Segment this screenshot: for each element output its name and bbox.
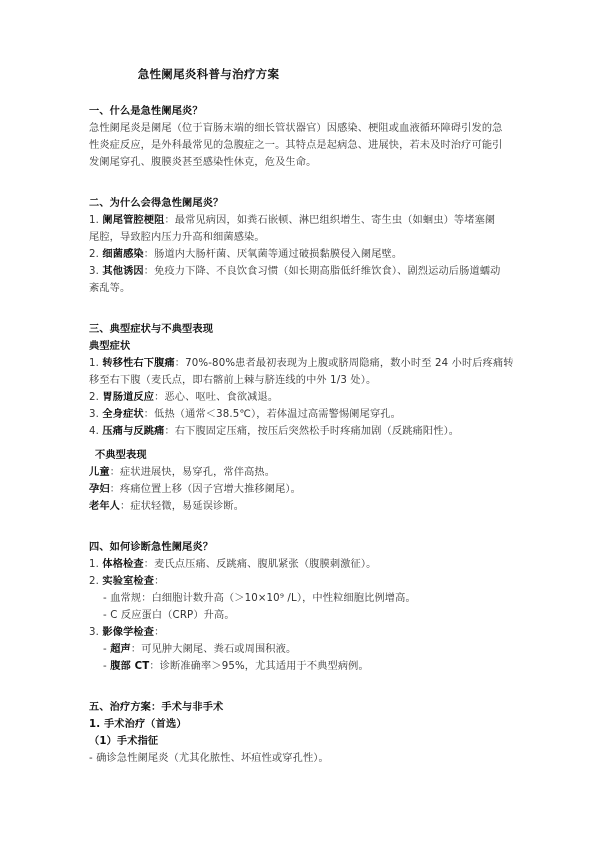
item-text: 最常见病因，如粪石嵌顿、淋巴组织增生、寄生虫（如蛔虫）等堵塞阑 <box>175 215 495 226</box>
item-number: 1. <box>89 215 102 226</box>
list-item-atypical-children: 儿童：症状进展快，易穿孔，常伴高热。 <box>89 465 511 480</box>
item-number: 3. <box>89 266 102 277</box>
list-item-atypical-pregnant: 孕妇：疼痛位置上移（因子宫增大推移阑尾）。 <box>89 482 511 497</box>
item-label: 超声 <box>110 644 131 655</box>
section-heading-causes: 二、为什么会得急性阑尾炎？ <box>89 196 511 211</box>
item-text: 70%-80%患者最初表现为上腹或脐周隐痛，数小时至 24 小时后疼痛转 <box>185 358 514 369</box>
item-label: 老年人 <box>89 501 120 512</box>
list-item-diagnosis-1: 1. 体格检查：麦氏点压痛、反跳痛、腹肌紧张（腹膜刺激征）。 <box>89 557 511 572</box>
item-label: 阑尾管腔梗阻 <box>102 215 164 226</box>
indication-line: - 确诊急性阑尾炎（尤其化脓性、坏疽性或穿孔性）。 <box>89 751 511 766</box>
item-label: 影像学检查 <box>102 627 154 638</box>
item-label: 胃肠道反应 <box>102 392 154 403</box>
item-text: 麦氏点压痛、反跳痛、腹肌紧张（腹膜刺激征）。 <box>154 559 376 570</box>
list-item-diagnosis-3: 3. 影像学检查： <box>89 625 511 640</box>
list-item-symptom-3: 3. 全身症状：低热（通常＜38.5℃），若体温过高需警惕阑尾穿孔。 <box>89 407 511 422</box>
imaging-line-ct: - 腹部 CT：诊断准确率＞95%，尤其适用于不典型病例。 <box>103 659 525 674</box>
item-sep: ： <box>120 501 130 512</box>
item-number: 3. <box>89 409 102 420</box>
item-label: 儿童 <box>89 467 110 478</box>
item-number: 2. <box>89 392 102 403</box>
item-label: 孕妇 <box>89 484 110 495</box>
item-sep: ： <box>144 409 154 420</box>
item-sep: ： <box>144 249 154 260</box>
list-item-continuation: 尾腔，导致腔内压力升高和细菌感染。 <box>89 230 511 245</box>
item-number: 4. <box>89 426 102 437</box>
item-sep: ： <box>144 559 154 570</box>
item-sep: ： <box>131 644 141 655</box>
item-label: 压痛与反跳痛 <box>102 426 164 437</box>
list-item-symptom-4: 4. 压痛与反跳痛：右下腹固定压痛，按压后突然松手时疼痛加剧（反跳痛阳性）。 <box>89 424 511 439</box>
item-sep: ： <box>110 467 120 478</box>
section-heading-symptoms: 三、典型症状与不典型表现 <box>89 322 511 337</box>
item-number: 1. <box>89 559 102 570</box>
section-heading-diagnosis: 四、如何诊断急性阑尾炎？ <box>89 540 511 555</box>
section-heading-what-is: 一、什么是急性阑尾炎？ <box>89 104 511 119</box>
paragraph-line: 发阑尾穿孔、腹膜炎甚至感染性休克，危及生命。 <box>89 155 511 170</box>
item-sep: ： <box>175 358 185 369</box>
list-item-continuation: 移至右下腹（麦氏点，即右髂前上棘与脐连线的中外 1/3 处）。 <box>89 373 511 388</box>
paragraph-line: 急性阑尾炎是阑尾（位于盲肠末端的细长管状器官）因感染、梗阻或血液循环障碍引发的急 <box>89 121 511 136</box>
item-label: 全身症状 <box>102 409 143 420</box>
lab-line-crp: - C 反应蛋白（CRP）升高。 <box>103 608 525 623</box>
subheading-indications: （1）手术指征 <box>89 734 511 749</box>
item-label: 实验室检查 <box>102 576 154 587</box>
item-text: 症状轻微，易延误诊断。 <box>130 501 244 512</box>
item-text: 免疫力下降、不良饮食习惯（如长期高脂低纤维饮食）、剧烈运动后肠道蠕动 <box>154 266 500 277</box>
item-label: 细菌感染 <box>102 249 143 260</box>
item-sep: ： <box>154 576 164 587</box>
item-sep: ： <box>164 215 174 226</box>
item-label: 其他诱因 <box>102 266 143 277</box>
item-label: 体格检查 <box>102 559 143 570</box>
item-sep: ： <box>110 484 120 495</box>
list-item-atypical-elderly: 老年人：症状轻微，易延误诊断。 <box>89 499 511 514</box>
lab-line-blood: - 血常规：白细胞计数升高（＞10×10⁹ /L），中性粒细胞比例增高。 <box>103 591 525 606</box>
subheading-surgery: 1. 手术治疗（首选） <box>89 717 511 732</box>
item-number: 2. <box>89 576 102 587</box>
item-label: 转移性右下腹痛 <box>102 358 174 369</box>
subheading-typical: 典型症状 <box>89 339 511 354</box>
item-number: 3. <box>89 627 102 638</box>
item-text: 恶心、呕吐、食欲减退。 <box>164 392 278 403</box>
item-sep: ： <box>164 426 174 437</box>
list-item-continuation: 紊乱等。 <box>89 281 511 296</box>
item-sep: ： <box>154 392 164 403</box>
item-text: 症状进展快，易穿孔，常伴高热。 <box>120 467 275 478</box>
item-sep: ： <box>154 627 164 638</box>
paragraph-line: 性炎症反应，是外科最常见的急腹症之一。其特点是起病急、进展快，若未及时治疗可能引 <box>89 138 511 153</box>
list-item-symptom-2: 2. 胃肠道反应：恶心、呕吐、食欲减退。 <box>89 390 511 405</box>
item-number: 1. <box>89 358 102 369</box>
item-number: 2. <box>89 249 102 260</box>
imaging-line-ultrasound: - 超声：可见肿大阑尾、粪石或周围积液。 <box>103 642 525 657</box>
item-text: 可见肿大阑尾、粪石或周围积液。 <box>141 644 296 655</box>
section-heading-treatment: 五、治疗方案：手术与非手术 <box>89 700 511 715</box>
item-text: 疼痛位置上移（因子宫增大推移阑尾）。 <box>120 484 301 495</box>
list-item-cause-3: 3. 其他诱因：免疫力下降、不良饮食习惯（如长期高脂低纤维饮食）、剧烈运动后肠道… <box>89 264 511 279</box>
document-title: 急性阑尾炎科普与治疗方案 <box>0 66 506 82</box>
list-item-symptom-1: 1. 转移性右下腹痛：70%-80%患者最初表现为上腹或脐周隐痛，数小时至 24… <box>89 356 511 371</box>
item-label: 腹部 CT <box>110 661 149 672</box>
item-text: 肠道内大肠杆菌、厌氧菌等通过破损黏膜侵入阑尾壁。 <box>154 249 402 260</box>
list-item-cause-1: 1. 阑尾管腔梗阻：最常见病因，如粪石嵌顿、淋巴组织增生、寄生虫（如蛔虫）等堵塞… <box>89 213 511 228</box>
list-item-diagnosis-2: 2. 实验室检查： <box>89 574 511 589</box>
item-text: 诊断准确率＞95%，尤其适用于不典型病例。 <box>160 661 369 672</box>
list-item-cause-2: 2. 细菌感染：肠道内大肠杆菌、厌氧菌等通过破损黏膜侵入阑尾壁。 <box>89 247 511 262</box>
item-text: 右下腹固定压痛，按压后突然松手时疼痛加剧（反跳痛阳性）。 <box>175 426 459 437</box>
item-text: 低热（通常＜38.5℃），若体温过高需警惕阑尾穿孔。 <box>154 409 401 420</box>
item-sep: ： <box>149 661 159 672</box>
item-sep: ： <box>144 266 154 277</box>
subheading-atypical: 不典型表现 <box>95 448 517 463</box>
